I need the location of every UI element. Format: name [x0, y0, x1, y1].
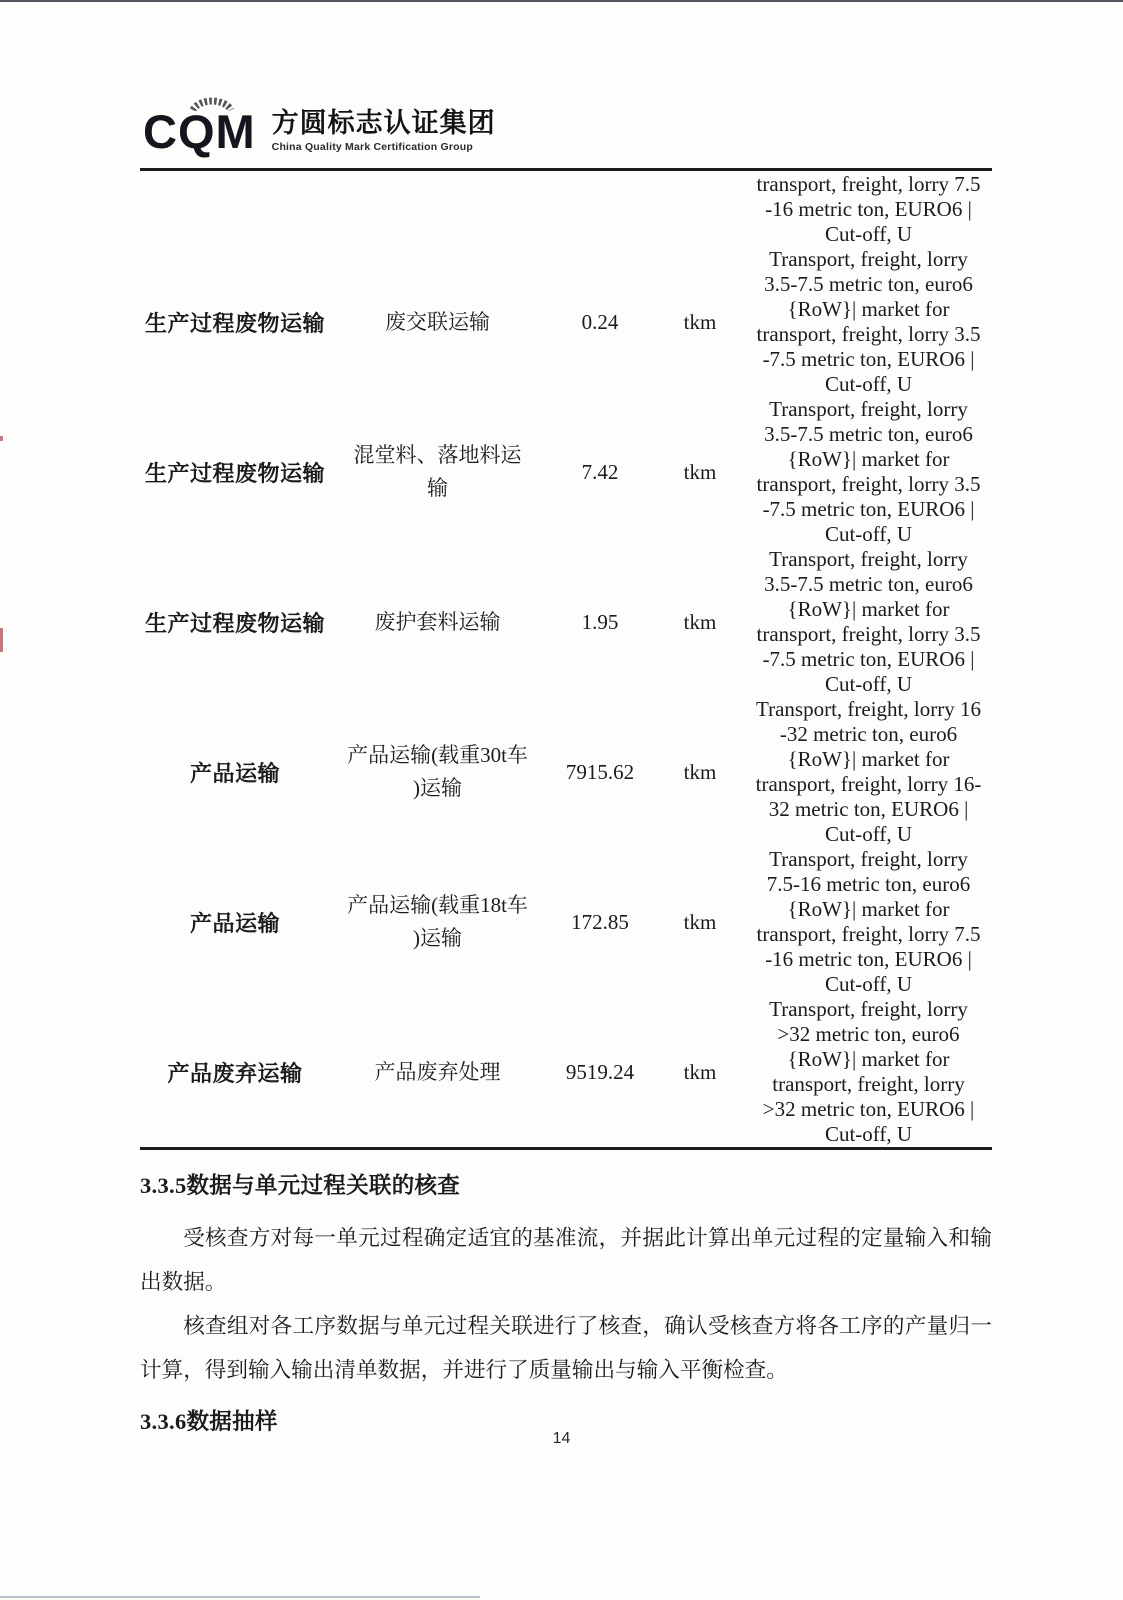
cell-process: Transport, freight, lorry >32 metric ton… [745, 997, 992, 1147]
table-row-carryover: transport, freight, lorry 7.5 -16 metric… [140, 171, 992, 247]
paragraph: 受核查方对每一单元过程确定适宜的基准流，并据此计算出单元过程的定量输入和输出数据… [140, 1216, 992, 1304]
cell-category: 产品废弃运输 [140, 997, 330, 1147]
scan-artifact-bottom-edge [0, 1596, 480, 1598]
table-row: 生产过程废物运输 混堂料、落地料运 输 7.42 tkm Transport, … [140, 397, 992, 547]
cell-unit: tkm [655, 697, 745, 847]
cell-value: 1.95 [545, 547, 655, 697]
cell-item: 混堂料、落地料运 输 [330, 397, 545, 547]
cqm-logo-title-en: China Quality Mark Certification Group [272, 141, 496, 153]
cell-process: Transport, freight, lorry 3.5-7.5 metric… [745, 247, 992, 397]
cqm-logo-titles: 方圆标志认证集团 China Quality Mark Certificatio… [272, 109, 496, 154]
transport-data-table: transport, freight, lorry 7.5 -16 metric… [140, 168, 992, 1150]
cqm-arc-icon [189, 95, 235, 111]
cell-unit: tkm [655, 997, 745, 1147]
cell-category [140, 171, 330, 247]
cell-process: transport, freight, lorry 7.5 -16 metric… [745, 171, 992, 247]
cell-unit: tkm [655, 547, 745, 697]
cell-item: 产品废弃处理 [330, 997, 545, 1147]
cell-value: 172.85 [545, 847, 655, 997]
table-row: 产品运输 产品运输(载重18t车 )运输 172.85 tkm Transpor… [140, 847, 992, 997]
page-number: 14 [0, 1430, 1123, 1448]
cell-item: 产品运输(载重30t车 )运输 [330, 697, 545, 847]
cell-category: 产品运输 [140, 847, 330, 997]
cqm-logo-acronym: CQM [143, 108, 256, 155]
section-heading-3-3-5: 3.3.5数据与单元过程关联的核查 [140, 1168, 992, 1200]
paragraph: 核查组对各工序数据与单元过程关联进行了核查，确认受核查方将各工序的产量归一计算，… [140, 1304, 992, 1392]
cell-value [545, 171, 655, 247]
table-row: 生产过程废物运输 废护套料运输 1.95 tkm Transport, frei… [140, 547, 992, 697]
cqm-logo: CQM 方圆标志认证集团 China Quality Mark Certific… [143, 100, 496, 162]
cell-category: 生产过程废物运输 [140, 547, 330, 697]
table-row: 产品废弃运输 产品废弃处理 9519.24 tkm Transport, fre… [140, 997, 992, 1147]
cell-item [330, 171, 545, 247]
cell-item: 产品运输(载重18t车 )运输 [330, 847, 545, 997]
cell-unit: tkm [655, 847, 745, 997]
cell-value: 0.24 [545, 247, 655, 397]
cell-category: 生产过程废物运输 [140, 247, 330, 397]
cell-process: Transport, freight, lorry 16 -32 metric … [745, 697, 992, 847]
cell-unit: tkm [655, 397, 745, 547]
cell-category: 产品运输 [140, 697, 330, 847]
cell-value: 9519.24 [545, 997, 655, 1147]
cell-unit [655, 171, 745, 247]
scan-artifact-top-edge [0, 0, 1123, 2]
cell-process: Transport, freight, lorry 3.5-7.5 metric… [745, 547, 992, 697]
cqm-logo-text: CQM [143, 105, 256, 158]
scan-artifact-red-mark [0, 628, 3, 652]
table-row: 产品运输 产品运输(载重30t车 )运输 7915.62 tkm Transpo… [140, 697, 992, 847]
cell-category: 生产过程废物运输 [140, 397, 330, 547]
body-content: 3.3.5数据与单元过程关联的核查 受核查方对每一单元过程确定适宜的基准流，并据… [140, 1168, 992, 1436]
document-page: CQM 方圆标志认证集团 China Quality Mark Certific… [0, 0, 1123, 1600]
cell-item: 废交联运输 [330, 247, 545, 397]
cell-unit: tkm [655, 247, 745, 397]
table-row: 生产过程废物运输 废交联运输 0.24 tkm Transport, freig… [140, 247, 992, 397]
cqm-logo-title-zh: 方圆标志认证集团 [272, 109, 496, 139]
cell-process: Transport, freight, lorry 3.5-7.5 metric… [745, 397, 992, 547]
cell-value: 7.42 [545, 397, 655, 547]
cell-value: 7915.62 [545, 697, 655, 847]
cell-item: 废护套料运输 [330, 547, 545, 697]
scan-artifact-red-mark [0, 436, 3, 441]
cell-process: Transport, freight, lorry 7.5-16 metric … [745, 847, 992, 997]
